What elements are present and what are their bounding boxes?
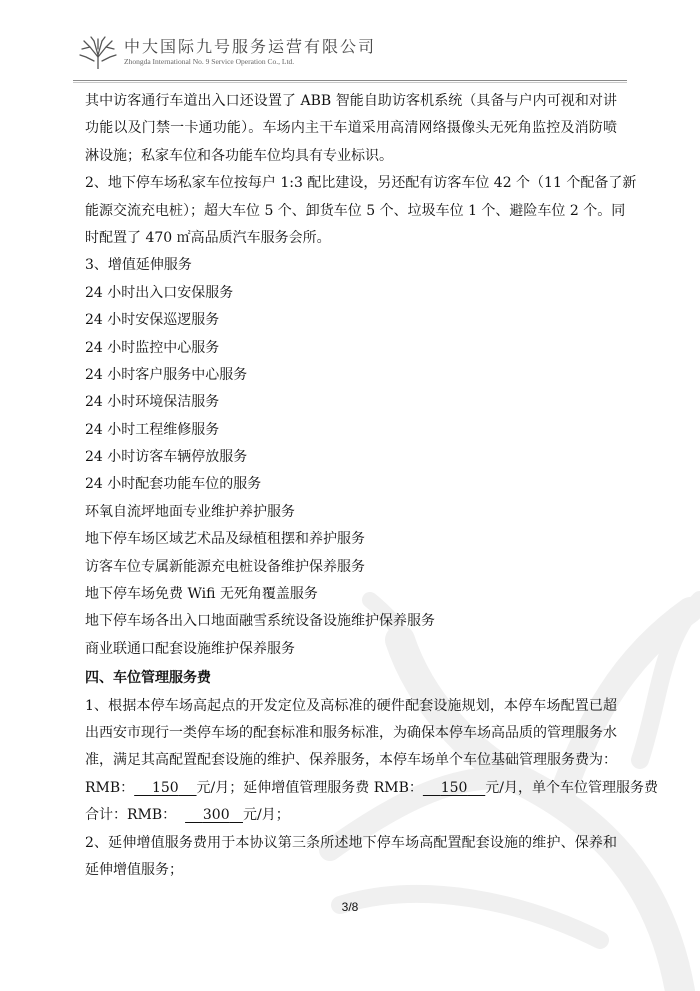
extended-fee-value: 150 <box>423 780 485 796</box>
service-item: 24 小时访客车辆停放服务 <box>85 444 617 471</box>
paragraph-line: 功能以及门禁一卡通功能）。车场内主干车道采用高清网络摄像头无死角监控及消防喷 <box>85 115 617 142</box>
header-rule <box>73 80 627 81</box>
paragraph-line: 准，满足其高配置配套设施的维护、保养服务，本停车场单个车位基础管理服务费为： <box>85 747 617 774</box>
fee-line: RMB： 150 元/月；延伸增值管理服务费 RMB： 150 元/月，单个车位… <box>85 775 617 802</box>
paragraph-line: 2、地下停车场私家车位按每户 1:3 配比建设，另还配有访客车位 42 个（11… <box>85 170 617 197</box>
section-heading: 四、车位管理服务费 <box>85 665 617 692</box>
company-name-cn: 中大国际九号服务运营有限公司 <box>124 37 376 57</box>
paragraph-line: 能源交流充电桩）；超大车位 5 个、卸货车位 5 个、垃圾车位 1 个、避险车位… <box>85 198 617 225</box>
total-suffix: 元/月； <box>243 807 290 823</box>
item3-title: 3、增值延伸服务 <box>85 252 617 279</box>
service-item: 24 小时安保巡逻服务 <box>85 307 617 334</box>
letterhead: 中大国际九号服务运营有限公司 Zhongda International No.… <box>78 32 376 72</box>
tree-logo-icon <box>78 35 118 69</box>
service-item: 商业联通口配套设施维护保养服务 <box>85 636 617 663</box>
total-prefix: 合计：RMB： <box>85 807 176 823</box>
paragraph-line: 2、延伸增值服务费用于本协议第三条所述地下停车场高配置配套设施的维护、保养和 <box>85 830 617 857</box>
service-item: 24 小时客户服务中心服务 <box>85 362 617 389</box>
service-item: 访客车位专属新能源充电桩设备维护保养服务 <box>85 554 617 581</box>
page-number: 3/8 <box>0 900 700 914</box>
base-fee-value: 150 <box>134 780 196 796</box>
paragraph-line: 淋设施；私家车位和各功能车位均具有专业标识。 <box>85 143 617 170</box>
service-item: 地下停车场免费 Wifi 无死角覆盖服务 <box>85 581 617 608</box>
service-item: 24 小时监控中心服务 <box>85 335 617 362</box>
service-item: 24 小时配套功能车位的服务 <box>85 471 617 498</box>
total-fee-line: 合计：RMB： 300 元/月； <box>85 802 617 829</box>
fee-prefix: RMB： <box>85 780 134 796</box>
service-item: 地下停车场区域艺术品及绿植租摆和养护服务 <box>85 526 617 553</box>
service-item: 环氧自流坪地面专业维护养护服务 <box>85 499 617 526</box>
paragraph-line: 1、根据本停车场高起点的开发定位及高标准的硬件配套设施规划，本停车场配置已超 <box>85 693 617 720</box>
fee-suffix: 元/月，单个车位管理服务费 <box>485 780 658 796</box>
header-rule-secondary <box>73 82 627 83</box>
total-fee-value: 300 <box>185 807 243 823</box>
service-item: 24 小时出入口安保服务 <box>85 280 617 307</box>
company-name-en: Zhongda International No. 9 Service Oper… <box>124 57 376 67</box>
service-item: 地下停车场各出入口地面融雪系统设备设施维护保养服务 <box>85 608 617 635</box>
paragraph-line: 时配置了 470 ㎡高品质汽车服务会所。 <box>85 225 617 252</box>
document-body: 其中访客通行车道出入口还设置了 ABB 智能自助访客机系统（具备与户内可视和对讲… <box>85 88 617 884</box>
fee-mid-text: 元/月；延伸增值管理服务费 RMB： <box>197 780 423 796</box>
paragraph-line: 出西安市现行一类停车场的配套标准和服务标准，为确保本停车场高品质的管理服务水 <box>85 720 617 747</box>
service-item: 24 小时工程维修服务 <box>85 417 617 444</box>
paragraph-line: 其中访客通行车道出入口还设置了 ABB 智能自助访客机系统（具备与户内可视和对讲 <box>85 88 617 115</box>
paragraph-line: 延伸增值服务； <box>85 857 617 884</box>
service-item: 24 小时环境保洁服务 <box>85 389 617 416</box>
